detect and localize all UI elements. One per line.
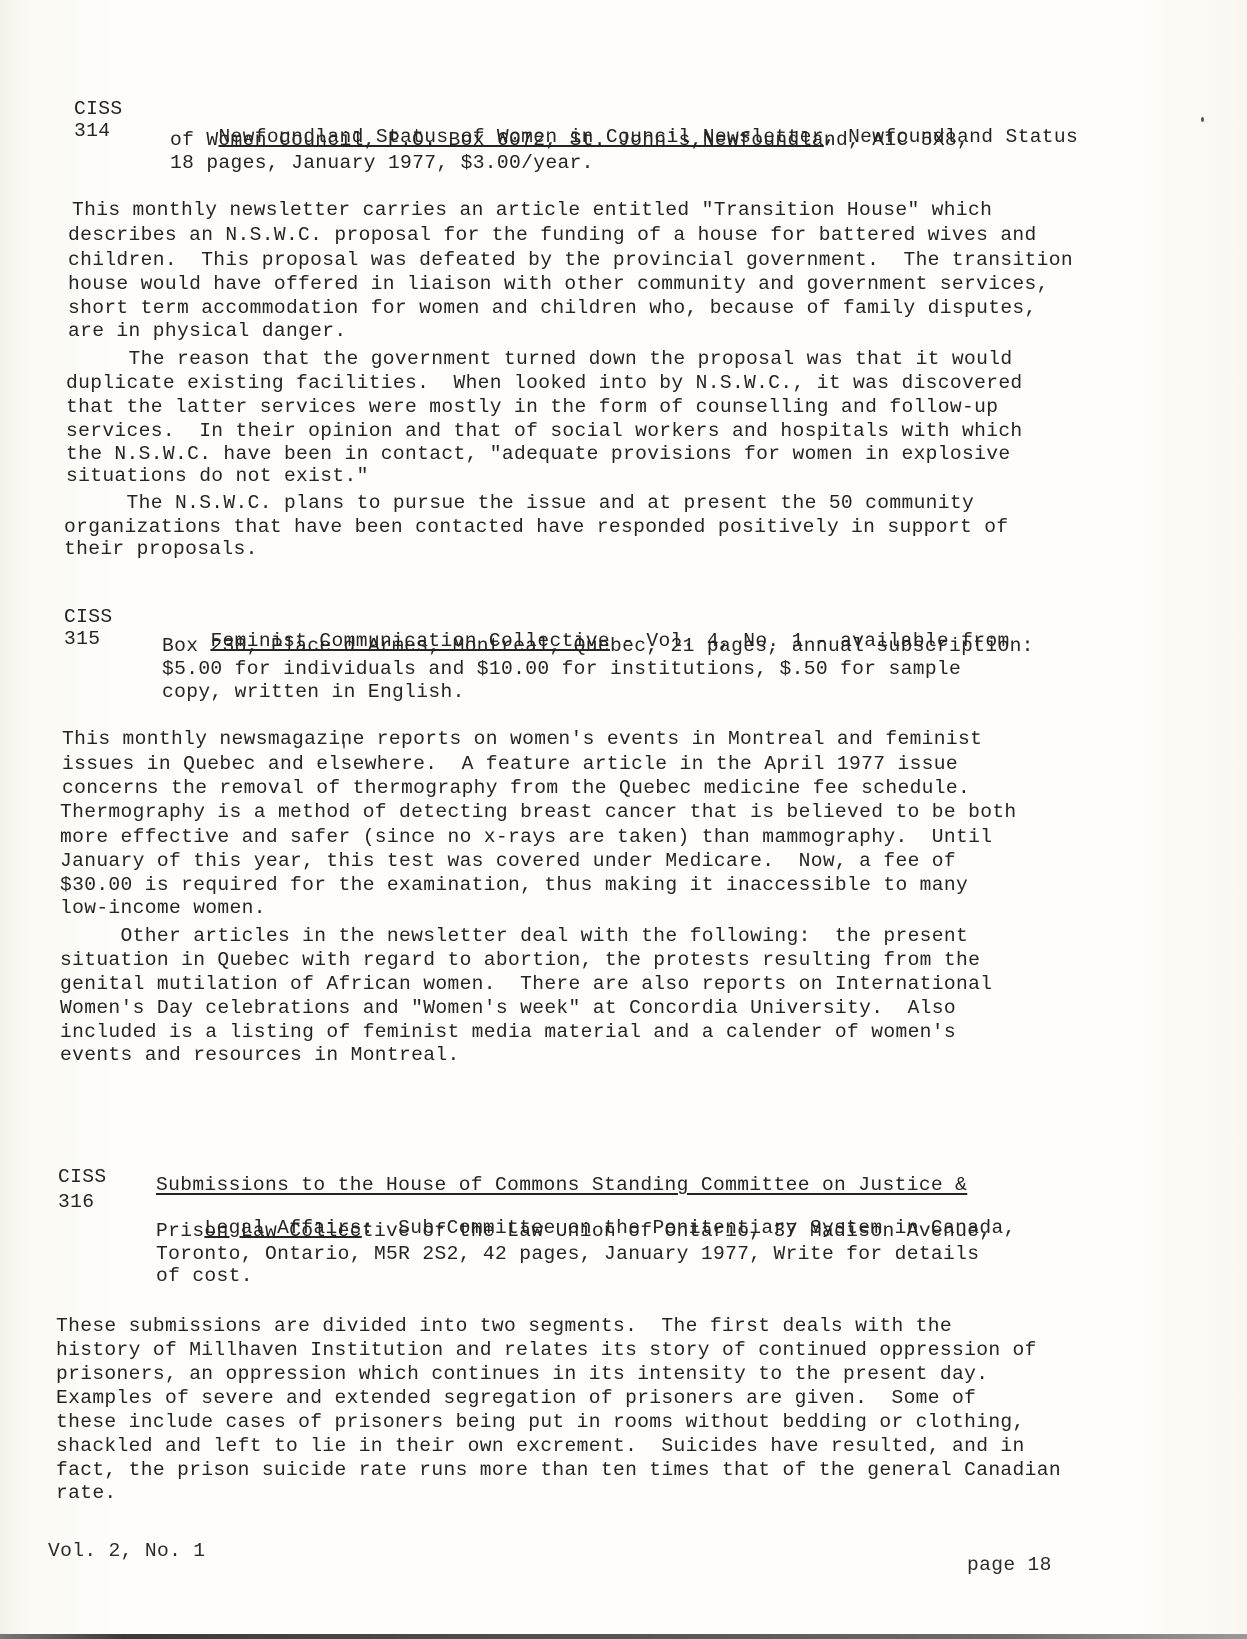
entry-label-prefix: CISS — [74, 100, 122, 120]
body-line: Women's Day celebrations and "Women's we… — [60, 999, 956, 1019]
entry-label-prefix: CISS — [64, 608, 112, 628]
body-line: Examples of severe and extended segregat… — [56, 1389, 976, 1409]
entry-label-number: 315 — [64, 630, 100, 650]
body-line: these include cases of prisoners being p… — [56, 1413, 1025, 1433]
entry-label-number: 314 — [74, 122, 110, 142]
body-line: concerns the removal of thermography fro… — [62, 779, 970, 799]
body-line: that the latter services were mostly in … — [66, 398, 998, 418]
footer-page-number: page 18 — [967, 1556, 1052, 1576]
body-line: describes an N.S.W.C. proposal for the f… — [68, 226, 1037, 246]
publication-title: Submissions to the House of Commons Stan… — [156, 1176, 967, 1196]
body-line: history of Millhaven Institution and rel… — [56, 1341, 1037, 1361]
scan-speck — [1201, 117, 1204, 122]
body-line: fact, the prison suicide rate runs more … — [56, 1461, 1061, 1481]
body-line: The reason that the government turned do… — [68, 350, 1012, 370]
body-line: shackled and left to lie in their own ex… — [56, 1437, 1025, 1457]
body-line: children. This proposal was defeated by … — [68, 251, 1073, 271]
body-line: January of this year, this test was cove… — [60, 852, 956, 872]
body-line: rate. — [56, 1484, 117, 1504]
citation-line: Box 238, Place d'Armes, Montreal, Quebec… — [162, 637, 1034, 657]
citation-line: 18 pages, January 1977, $3.00/year. — [170, 154, 594, 174]
citation-line: Prison Law Collective of the Law Union o… — [156, 1222, 991, 1242]
entry-label-prefix: CISS — [58, 1168, 106, 1188]
body-line: The N.S.W.C. plans to pursue the issue a… — [66, 494, 974, 514]
body-line: prisoners, an oppression which continues… — [56, 1365, 988, 1385]
body-line: This monthly newsmagazine reports on wom… — [62, 730, 982, 750]
body-line: situations do not exist." — [66, 467, 369, 487]
body-line: situation in Quebec with regard to abort… — [60, 951, 980, 971]
body-line: included is a listing of feminist media … — [60, 1023, 956, 1043]
body-line: genital mutilation of African women. The… — [60, 975, 992, 995]
footer-volume: Vol. 2, No. 1 — [48, 1542, 205, 1562]
body-line: more effective and safer (since no x-ray… — [60, 828, 992, 848]
scan-bottom-edge — [0, 1634, 1247, 1639]
body-line: the N.S.W.C. have been in contact, "adeq… — [66, 445, 1010, 465]
body-line: issues in Quebec and elsewhere. A featur… — [62, 755, 958, 775]
entry-label-number: 316 — [58, 1193, 94, 1213]
body-line: their proposals. — [64, 540, 258, 560]
citation-line: copy, written in English. — [162, 683, 465, 703]
body-line: are in physical danger. — [68, 322, 347, 342]
body-line: These submissions are divided into two s… — [56, 1317, 952, 1337]
citation-line: of cost. — [156, 1267, 253, 1287]
citation-line: Toronto, Ontario, M5R 2S2, 42 pages, Jan… — [156, 1245, 979, 1265]
body-line: This monthly newsletter carries an artic… — [72, 201, 992, 221]
body-line: Other articles in the newsletter deal wi… — [60, 927, 968, 947]
body-line: short term accommodation for women and c… — [68, 299, 1037, 319]
body-line: Thermography is a method of detecting br… — [60, 803, 1017, 823]
body-line: house would have offered in liaison with… — [68, 275, 1049, 295]
body-line: services. In their opinion and that of s… — [66, 422, 1023, 442]
body-line: organizations that have been contacted h… — [64, 518, 1008, 538]
body-line: events and resources in Montreal. — [60, 1046, 460, 1066]
citation-line: $5.00 for individuals and $10.00 for ins… — [162, 660, 961, 680]
body-line: low-income women. — [60, 899, 266, 919]
body-line: $30.00 is required for the examination, … — [60, 876, 968, 896]
body-line: duplicate existing facilities. When look… — [66, 374, 1023, 394]
citation-line: of Women Council, P.O. Box 6072, St. Joh… — [170, 131, 969, 151]
